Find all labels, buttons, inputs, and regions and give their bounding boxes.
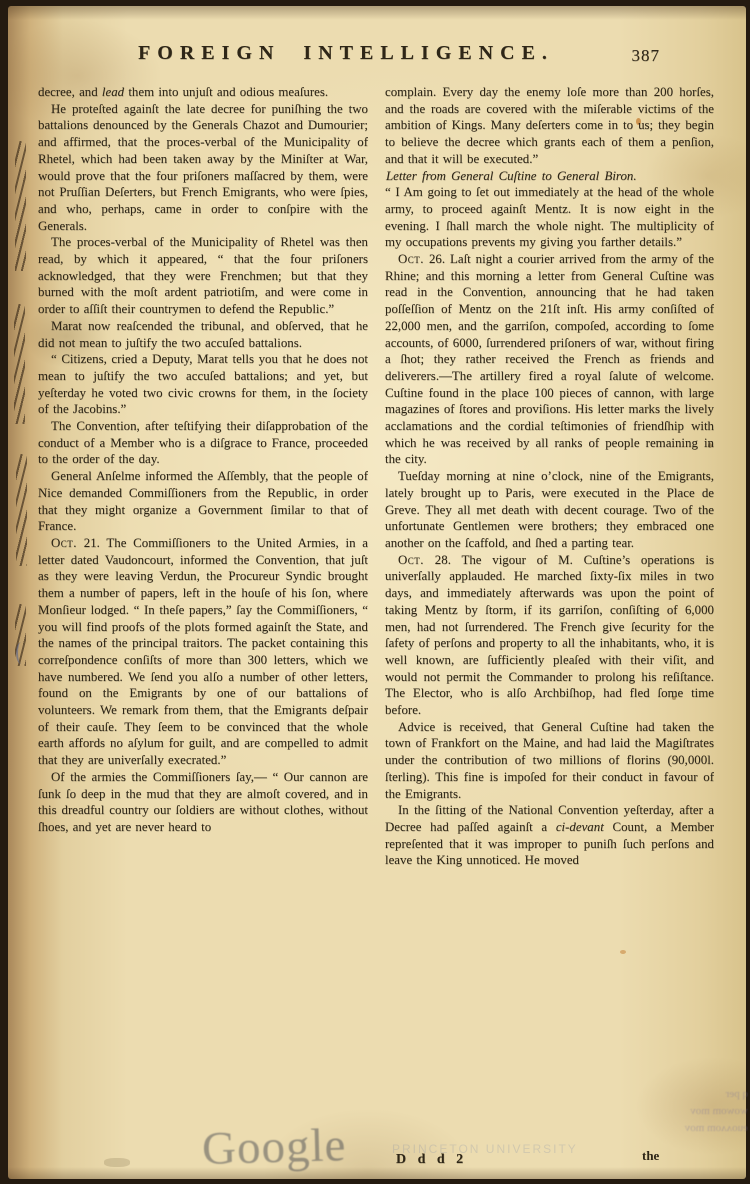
paragraph: The proces-verbal of the Municipality of… [38, 234, 368, 318]
paragraph: In the ſitting of the National Conventio… [385, 802, 714, 869]
ink-mark [16, 642, 26, 664]
paragraph: He proteſted againſt the late decree for… [38, 101, 368, 235]
page-title: FOREIGN INTELLIGENCE. [38, 42, 654, 65]
paragraph: Oct. 26. Laſt night a courier arrived fr… [385, 251, 714, 468]
right-column: complain. Every day the enemy loſe more … [385, 84, 714, 1170]
paragraph: Oct. 28. The vigour of M. Cuſtine’s oper… [385, 552, 714, 719]
paragraph: Marat now reaſcended the tribunal, and o… [38, 318, 368, 351]
paragraph: decree, and lead them into unjuſt and od… [38, 84, 368, 101]
page-number: 387 [632, 46, 661, 66]
paragraph: The Convention, after teſtifying their d… [38, 418, 368, 468]
catchword: the [642, 1148, 659, 1164]
text-block: decree, and lead them into unjuſt and od… [38, 84, 714, 1170]
binding-stitch-marks [15, 141, 26, 271]
paragraph: Of the armies the Commiſſioners ſay,— “ … [38, 769, 368, 836]
show-through-line: wowom mov [682, 1103, 748, 1120]
book-scan-photo: FOREIGN INTELLIGENCE. 387 decree, and le… [0, 0, 750, 1184]
paragraph: Advice is received, that General Cuſtine… [385, 719, 714, 803]
page: FOREIGN INTELLIGENCE. 387 decree, and le… [8, 6, 746, 1179]
paragraph: “ Citizens, cried a Deputy, Marat tells … [38, 351, 368, 418]
paragraph: Tueſday morning at nine o’clock, nine of… [385, 468, 714, 552]
running-head: FOREIGN INTELLIGENCE. 387 [38, 42, 714, 76]
show-through-line: q per [682, 1086, 748, 1103]
binding-stitch-marks [14, 304, 25, 424]
paragraph: General Anſelme informed the Aſſembly, t… [38, 468, 368, 535]
paragraph: complain. Every day the enemy loſe more … [385, 84, 714, 168]
show-through-line: euoʌʌom mov [682, 1120, 748, 1137]
library-stamp: PRINCETON UNIVERSITY [392, 1142, 578, 1156]
paragraph: Letter from General Cuſtine to General B… [385, 168, 714, 185]
left-column: decree, and lead them into unjuſt and od… [38, 84, 368, 1170]
google-books-watermark: Google [201, 1118, 347, 1176]
paragraph: Oct. 21. The Commiſſioners to the United… [38, 535, 368, 769]
page-show-through-text: q perwowom moveuoʌʌom mov [682, 1086, 748, 1137]
binding-stitch-marks [16, 454, 27, 566]
paragraph: “ I Am going to ſet out immediately at t… [385, 184, 714, 251]
